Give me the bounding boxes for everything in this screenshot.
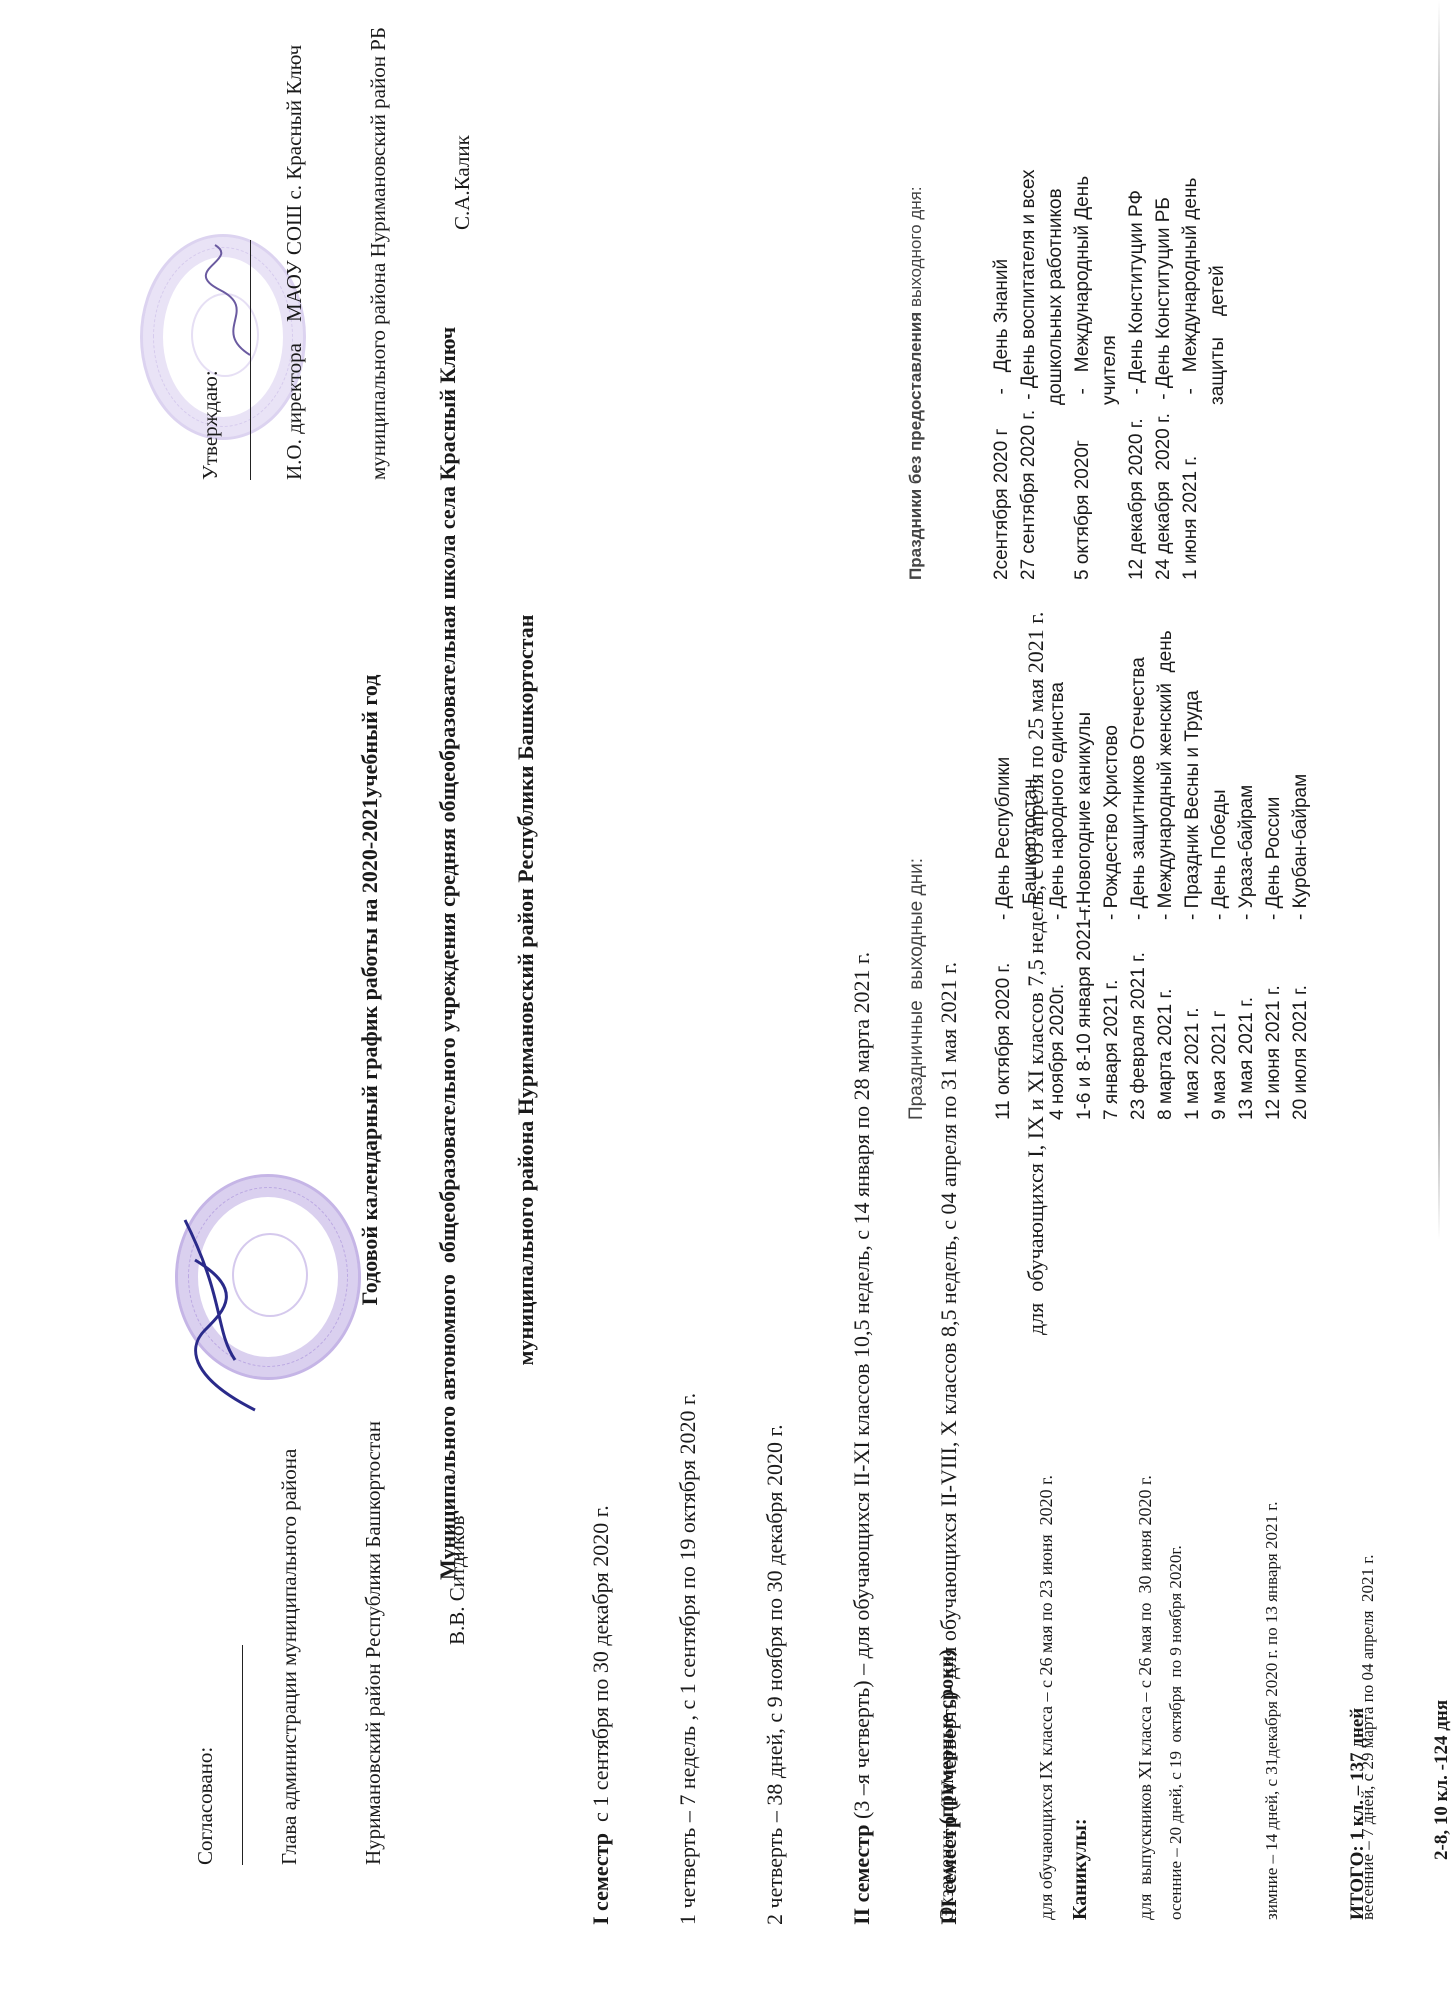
holidays-no-off-list: 2сентября 2020 г - День Знаний27 сентябр… [988,170,1231,580]
holiday-row: 7 января 2021 г.- Рождество Христово [1098,630,1125,1120]
holiday-name: Башкортостан [1020,779,1041,920]
holiday-row: 13 мая 2021 г.- Ураза-байрам [1233,630,1260,1120]
holiday-row: 1 июня 2021 г. - Международный день [1177,170,1204,580]
holiday-row: 12 декабря 2020 г. - День Конституции РФ [1123,170,1150,580]
holiday-name: - День защитников Отечества [1128,657,1149,920]
holiday-date: 9 мая 2021 г [1206,920,1233,1120]
scan-edge-line [1438,0,1440,1240]
holiday-name: - День Конституции РФ [1126,190,1147,405]
holidays-off-heading: Праздничные выходные дни: [907,630,926,1120]
holidays-off-list: 11 октября 2020 г.- День Республики Башк… [990,630,1314,1120]
holiday-row: 1-6 и 8-10 января 2021 г.– Новогодние ка… [1071,630,1098,1120]
holiday-date: 2сентября 2020 г [988,405,1015,580]
holiday-name: - Ураза-байрам [1236,785,1257,920]
holiday-date: 12 июня 2021 г. [1260,920,1287,1120]
semester-line: 2 четверть – 38 дней, с 9 ноября по 30 д… [760,612,789,1925]
vacation-line: осенние – 20 дней, с 19 октября по 9 ноя… [1160,1501,1192,1920]
holiday-date: 7 января 2021 г. [1098,920,1125,1120]
holiday-date: 1 июня 2021 г. [1177,405,1204,580]
holiday-row: защиты детей [1204,170,1231,580]
approved-label: Утверждаю: [196,27,224,480]
holiday-name: - Курбан-байрам [1290,774,1311,920]
vacation-line: зимние – 14 дней, с 31декабря 2020 г. по… [1256,1501,1288,1920]
holiday-name: - Международный День [1072,176,1093,405]
holiday-date: 13 мая 2021 г. [1233,920,1260,1120]
holiday-row: 11 октября 2020 г.- День Республики [990,630,1017,1120]
holiday-row: 2сентября 2020 г - День Знаний [988,170,1015,580]
holiday-date: 11 октября 2020 г. [990,920,1017,1120]
holiday-name: - День России [1263,797,1284,920]
holiday-name: - День Знаний [991,259,1012,405]
holiday-date: 1-6 и 8-10 января 2021 г. [1071,920,1098,1120]
agreed-position: Глава администрации муниципального район… [275,1421,303,1865]
holiday-name: - День Победы [1209,790,1230,921]
holiday-row: 8 марта 2021 г.- Международный женский д… [1152,630,1179,1120]
title-line-2: Муниципального автономного общеобразоват… [435,400,461,1580]
holiday-date: 20 июля 2021 г. [1287,920,1314,1120]
agreed-label: Согласовано: [191,1421,219,1865]
holiday-date: 24 декабря 2020 г. [1150,405,1177,580]
approved-signature-line [250,240,251,480]
holiday-name: учителя [1099,335,1120,405]
holiday-name: - День Республики [993,757,1014,920]
holiday-date: 12 декабря 2020 г. [1123,405,1150,580]
title-line-1: Годовой календарный график работы на 202… [357,400,383,1580]
holiday-row: дошкольных работников [1042,170,1069,580]
holiday-date: 23 февраля 2021 г. [1125,920,1152,1120]
holiday-date: 27 сентября 2020 г. [1015,405,1042,580]
holiday-row: Башкортостан [1017,630,1044,1120]
holidays-no-off-heading: Праздники без предоставления выходного д… [907,170,924,580]
holidays-off-block: Праздничные выходные дни: 11 октября 202… [865,630,1356,1120]
holiday-row: 24 декабря 2020 г. - День Конституции РБ [1150,170,1177,580]
holiday-name: защиты детей [1207,265,1228,405]
holiday-row: 1 мая 2021 г.- Праздник Весны и Труда [1179,630,1206,1120]
holiday-name: - Международный день [1180,178,1201,405]
holiday-row: 4 ноября 2020г.- День народного единства [1044,630,1071,1120]
holiday-row: учителя [1096,170,1123,580]
holiday-name: дошкольных работников [1045,188,1066,405]
holiday-name: - Праздник Весны и Труда [1182,690,1203,920]
holiday-name: - День воспитателя и всех [1018,170,1039,405]
totals-line: 2-8, 10 кл. -124 дня [1428,1604,1454,1920]
semester-line: 1 четверть – 7 недель , с 1 сентября по … [673,612,702,1925]
holiday-name: - Международный женский день [1155,630,1176,920]
totals-block: ИТОГО: 1 кл. – 137 дней 2-8, 10 кл. -124… [1288,1604,1454,1920]
holiday-name: - День Конституции РБ [1153,197,1174,405]
rotated-document-page: Согласовано: Глава администрации муницип… [0,0,1454,2000]
holiday-name: - День народного единства [1047,682,1068,920]
holiday-row: 27 сентября 2020 г. - День воспитателя и… [1015,170,1042,580]
holiday-date: 4 ноября 2020г. [1044,920,1071,1120]
holiday-date: 1 мая 2021 г. [1179,920,1206,1120]
holiday-name: - Рождество Христово [1101,725,1122,920]
holiday-row: 23 февраля 2021 г.- День защитников Отеч… [1125,630,1152,1120]
holiday-row: 9 мая 2021 г- День Победы [1206,630,1233,1120]
semester-line: I семестр с 1 сентября по 30 декабря 202… [586,612,615,1925]
holiday-name: – Новогодние каникулы [1074,712,1095,920]
stamp-center [232,1233,308,1317]
vacations-heading: Каникулы: [1064,1501,1096,1920]
holiday-row: 20 июля 2021 г.- Курбан-байрам [1287,630,1314,1120]
exams-heading: Экзамены: (примерные сроки) [931,1475,964,1920]
holiday-row: 5 октября 2020г - Международный День [1069,170,1096,580]
approved-position: И.О. директора МАОУ СОШ с. Красный Ключ [280,27,308,480]
holiday-date: 5 октября 2020г [1069,405,1096,580]
holiday-date: 8 марта 2021 г. [1152,920,1179,1120]
totals-line: ИТОГО: 1 кл. – 137 дней [1344,1604,1372,1920]
agreed-signature-line [242,1645,243,1865]
holidays-no-off-block: Праздники без предоставления выходного д… [865,170,1273,580]
holiday-row: 12 июня 2021 г.- День России [1260,630,1287,1120]
